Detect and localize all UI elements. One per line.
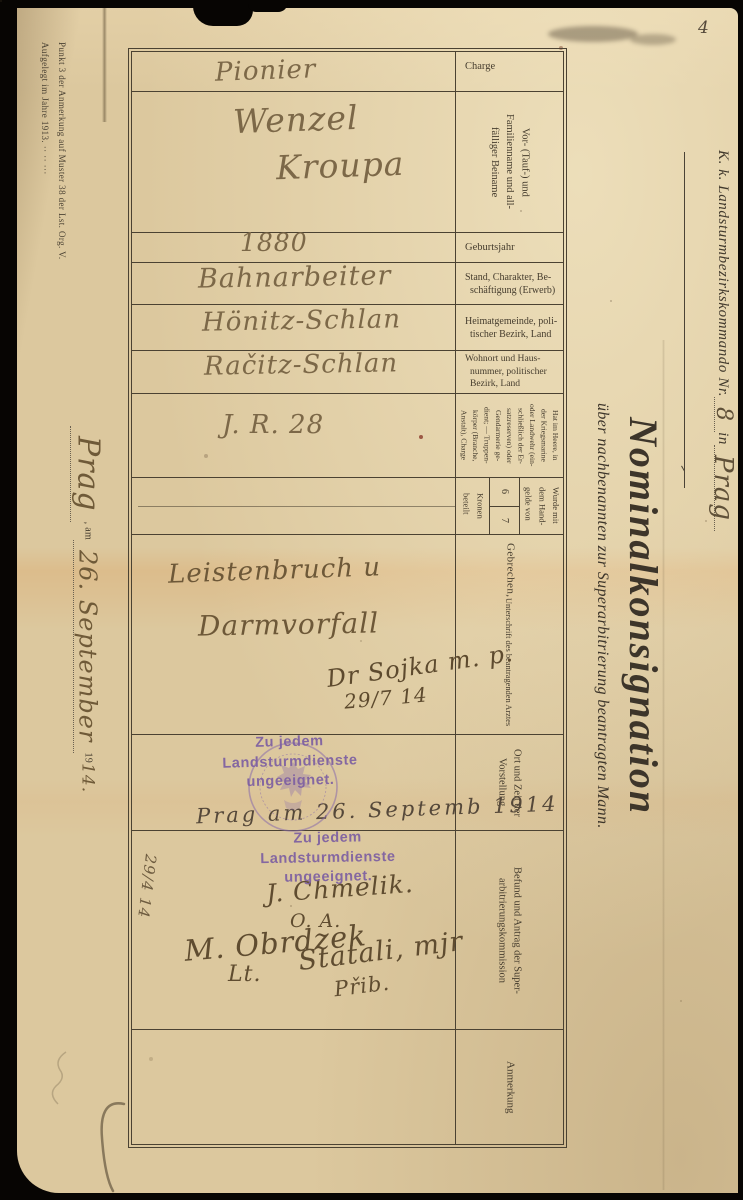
cell-wohnort-label: Wohnort und Haus- nummer, politischer Be… bbox=[455, 351, 563, 393]
side-header: K. k. Landsturmbezirkskommando Nr.8inPra… bbox=[676, 150, 738, 770]
label-anmerkung: Anmerkung bbox=[456, 1030, 563, 1144]
entry-charge: Pionier bbox=[215, 54, 317, 88]
margin-note: Punkt 3 der Anmerkung auf Muster 38 der … bbox=[36, 42, 70, 292]
row-charge: Charge bbox=[132, 52, 563, 92]
side-header-number-handwritten: 8 bbox=[711, 407, 736, 422]
date-place-handwritten: Prag bbox=[70, 426, 106, 522]
cell-birthyear-label: Geburtsjahr bbox=[455, 233, 563, 262]
side-header-in-word: in bbox=[715, 432, 731, 445]
document-title-block: Nominalkonsignation über nachbenannten z… bbox=[583, 342, 667, 890]
side-header-place-handwritten: Prag bbox=[708, 455, 738, 521]
date-daymonth-handwritten: 26. September bbox=[73, 540, 102, 752]
cell-heimat-label: Heimatgemeinde, poli- tischer Bezirk, La… bbox=[455, 305, 563, 350]
label-handgeld-6: 6 bbox=[490, 478, 519, 507]
row-birthyear: Geburtsjahr bbox=[132, 233, 563, 263]
handgeld-divider-line bbox=[138, 506, 455, 507]
cell-anmerkung-label: Anmerkung bbox=[455, 1030, 563, 1144]
entry-gebrechen-2: Darmvorfall bbox=[198, 606, 380, 642]
label-befund: Befund und Antrag der Super- arbitrierun… bbox=[456, 831, 563, 1029]
cell-gebrechen-label: Gebrechen, Unterschrift des beantragende… bbox=[455, 535, 563, 734]
label-handgeld-text: Wurde mit dem Hand- gelde von bbox=[520, 478, 563, 534]
label-service: Hat im Heere, in der Kriegsmarine oder L… bbox=[456, 394, 563, 477]
label-handgeld-7: 7 bbox=[490, 507, 519, 535]
document-subtitle: über nachbenannten zur Superarbitrierung… bbox=[593, 342, 611, 890]
side-header-printed: K. k. Landsturmbezirkskommando Nr. bbox=[715, 150, 731, 397]
torn-edge-notch bbox=[560, 0, 740, 7]
stamp-unfit-2-line2: ungeeignet. bbox=[232, 866, 424, 889]
stamp-unfit-2-line1: Zu jedem Landsturmdienste bbox=[232, 827, 425, 869]
row-service: Hat im Heere, in der Kriegsmarine oder L… bbox=[132, 394, 563, 478]
entry-last-name: Kroupa bbox=[275, 144, 405, 187]
label-wohnort: Wohnort und Haus- nummer, politischer Be… bbox=[465, 353, 547, 390]
date-year-printed: 19 bbox=[83, 753, 94, 764]
label-occupation: Stand, Charakter, Be- schäftigung (Erwer… bbox=[465, 271, 555, 297]
label-birthyear: Geburtsjahr bbox=[465, 241, 515, 255]
date-am-printed: , am bbox=[83, 522, 94, 540]
entry-heimat: Hönitz-Schlan bbox=[202, 304, 401, 337]
entry-service: J. R. 28 bbox=[222, 410, 324, 440]
cell-handgeld-value bbox=[132, 478, 455, 534]
entry-wohnort: Račitz-Schlan bbox=[204, 348, 399, 381]
entry-occupation: Bahnarbeiter bbox=[198, 260, 392, 294]
cell-charge-label: Charge bbox=[455, 52, 563, 91]
label-gebrechen: Gebrechen, bbox=[502, 543, 518, 597]
stamp-unfit-1: Zu jedem Landsturmdienste ungeeignet. bbox=[193, 730, 386, 794]
label-name: Vor- (Tauf-) und Familienname und all- f… bbox=[456, 92, 563, 232]
label-charge: Charge bbox=[465, 60, 495, 74]
cell-occupation-label: Stand, Charakter, Be- schäftigung (Erwer… bbox=[455, 263, 563, 304]
entry-birth-year: 1880 bbox=[240, 228, 308, 257]
entry-first-name: Wenzel bbox=[232, 98, 359, 141]
label-handgeld-kronen: Kronen beteilt bbox=[456, 478, 489, 534]
torn-edge-notch bbox=[248, 0, 288, 12]
cell-anmerkung-value bbox=[132, 1030, 455, 1144]
row-handgeld: Kronen beteilt 6 7 Wurde mit dem Hand- g… bbox=[132, 478, 563, 535]
cell-handgeld-label: Kronen beteilt 6 7 Wurde mit dem Hand- g… bbox=[455, 478, 563, 534]
ink-smudge bbox=[630, 34, 676, 45]
cell-service-label: Hat im Heere, in der Kriegsmarine oder L… bbox=[455, 394, 563, 477]
ink-smudge bbox=[548, 26, 638, 42]
page-number: 4 bbox=[698, 18, 710, 38]
stamp-unfit-2: Zu jedem Landsturmdienste ungeeignet. bbox=[232, 827, 425, 889]
stamp-unfit-1-line1: Zu jedem Landsturmdienste bbox=[193, 730, 386, 774]
pencil-mark bbox=[92, 1098, 134, 1194]
document-title: Nominalkonsignation bbox=[620, 342, 667, 890]
commission-signature-2-title: Lt. bbox=[228, 962, 261, 987]
cell-name-label: Vor- (Tauf-) und Familienname und all- f… bbox=[455, 92, 563, 232]
handgeld-digit-cells: 6 7 bbox=[489, 478, 520, 534]
cell-befund-label: Befund und Antrag der Super- arbitrierun… bbox=[455, 831, 563, 1029]
pencil-scribble bbox=[46, 1048, 76, 1108]
row-anmerkung: Anmerkung bbox=[132, 1030, 563, 1144]
paper-speckles bbox=[0, 0, 2, 2]
photo-background: { "colors": { "paper": "#dcc89e", "table… bbox=[0, 0, 743, 1200]
date-column: Prag, am26. September1914. bbox=[58, 426, 118, 866]
label-heimat: Heimatgemeinde, poli- tischer Bezirk, La… bbox=[465, 315, 557, 341]
torn-edge-notch bbox=[193, 0, 253, 26]
date-year-handwritten: 14. bbox=[78, 763, 98, 793]
